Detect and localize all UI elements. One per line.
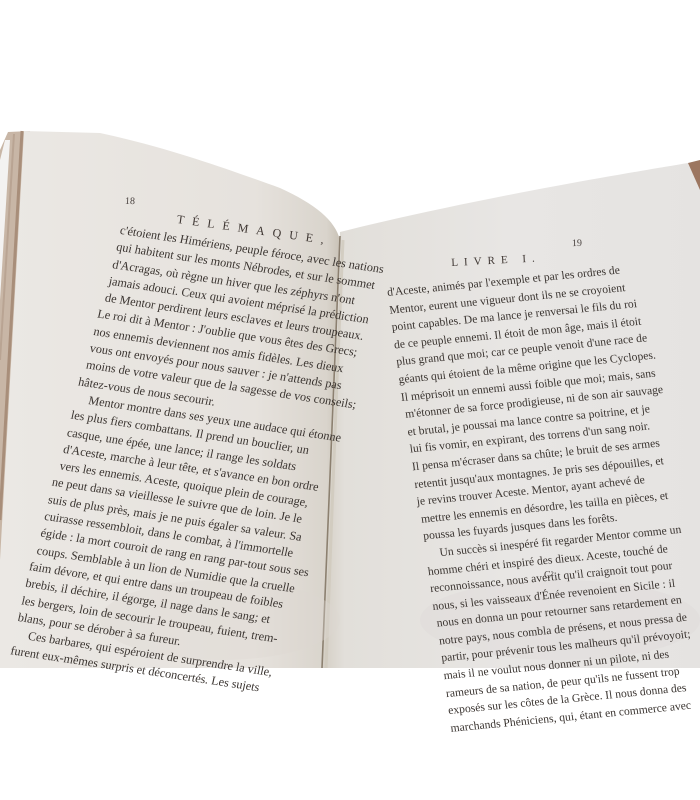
signature-mark: C²: [544, 570, 554, 581]
page-number-left: 18: [125, 196, 135, 207]
book-photo: 18 TÉLÉMAQUE, c'étoient les Himériens, p…: [0, 0, 700, 800]
page-number-right: 19: [572, 238, 582, 249]
